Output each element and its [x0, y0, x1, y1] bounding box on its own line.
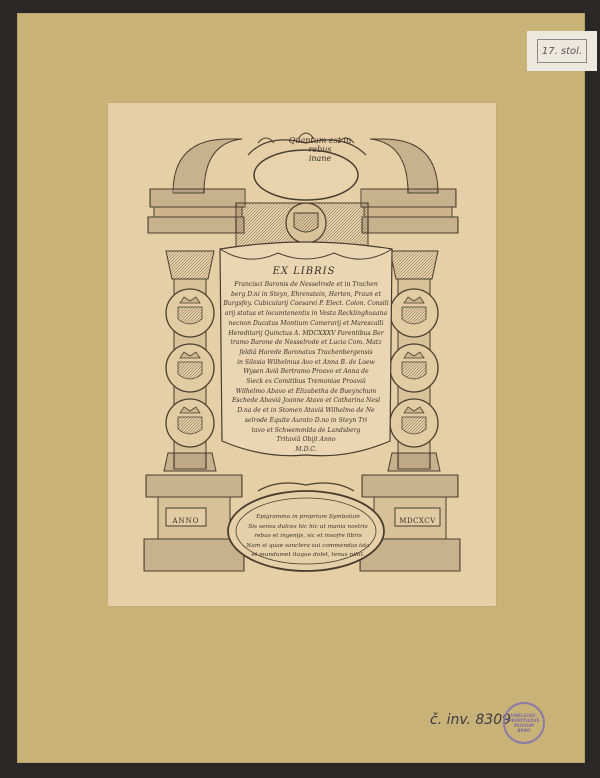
pedestal-left-text: ANNO [166, 517, 206, 525]
inscription-line: Burgsfey. Cubicularij Caesarei P. Elect.… [216, 299, 396, 309]
inscription-line: Hereditarij Quinctus A. MDCXXXV Parentib… [216, 329, 396, 339]
pedestal-right-text: MDCXCV [395, 517, 440, 525]
motto-cartouche: Quantum est in rebus inane [280, 136, 360, 163]
inscription-line: Eschede Abaviâ Joanne Atavo et Catharina… [216, 396, 396, 406]
ex-libris-heading: EX LIBRIS [228, 266, 380, 277]
bookplate-print: Quantum est in rebus inane EX LIBRIS Fra… [108, 103, 496, 606]
inscription-line: Wysen Aviâ Bertramo Proavo et Anna de [216, 367, 396, 377]
inscription-line: Tritaviâ Obijt Anno [216, 435, 396, 445]
catalog-label: 17. stol. [527, 31, 597, 71]
inscription-line: arij status et locumtenentis in Vesta Re… [216, 309, 396, 319]
inscription-line: Francisci Baronis de Nesselrode et in Tr… [216, 280, 396, 290]
epigram-line: rebus et ingenijs, sic et insofre libris [238, 532, 378, 542]
stamp-line: BRNO [505, 728, 543, 733]
epigram-line: et mundumet itaque dolet, tenus nihil. [238, 551, 378, 561]
epigram-line: Sis sensu dulces hic hic ut mania nostri… [238, 523, 378, 533]
catalog-label-text: 17. stol. [537, 39, 587, 63]
inscription-line: tramo Barone de Nesselrode et Lucia Com.… [216, 338, 396, 348]
inscription-line: selrode Equite Aurato D.no in Steyn Tri [216, 416, 396, 426]
inscription-line: Sieck ex Comitibus Tremoniae Proaviâ [216, 377, 396, 387]
inscription-line: D.na de et in Stomen Ataviâ Wilhelmo de … [216, 406, 396, 416]
inscription-line: M.D.C. [216, 445, 396, 455]
motto-line: inane [280, 154, 360, 163]
inscription-line: Wilhelmo Abavo et Elizabetha de Bueynchu… [216, 387, 396, 397]
epigram-cartouche: Epigramma in proprium Symbolum Sis sensu… [238, 513, 378, 561]
epigram-line: Epigramma in proprium Symbolum [238, 513, 378, 523]
inscription-line: feldiâ Harede Baronatus Trachenbergensis [216, 348, 396, 358]
motto-line: Quantum est in rebus [280, 136, 360, 154]
museum-stamp: UMĚLECKO- PRŮMYSLOVÉ MUSEUM BRNO [503, 702, 545, 744]
epigram-line: Nam si quae sanclera sui commendas ista [238, 542, 378, 552]
inscription-line: berg D.ni in Steyn, Ehrenstein, Herten, … [216, 290, 396, 300]
owner-inscription: Francisci Baronis de Nesselrode et in Tr… [216, 280, 396, 455]
inventory-number: č. inv. 8309 [430, 712, 511, 728]
inscription-line: in Silesia Wilhelmus Avo et Anna B. de L… [216, 358, 396, 368]
inscription-line: tavo et Schwemmlda de Landsberg [216, 426, 396, 436]
inscription-line: necnon Ducatus Montium Camerarij et Mare… [216, 319, 396, 329]
